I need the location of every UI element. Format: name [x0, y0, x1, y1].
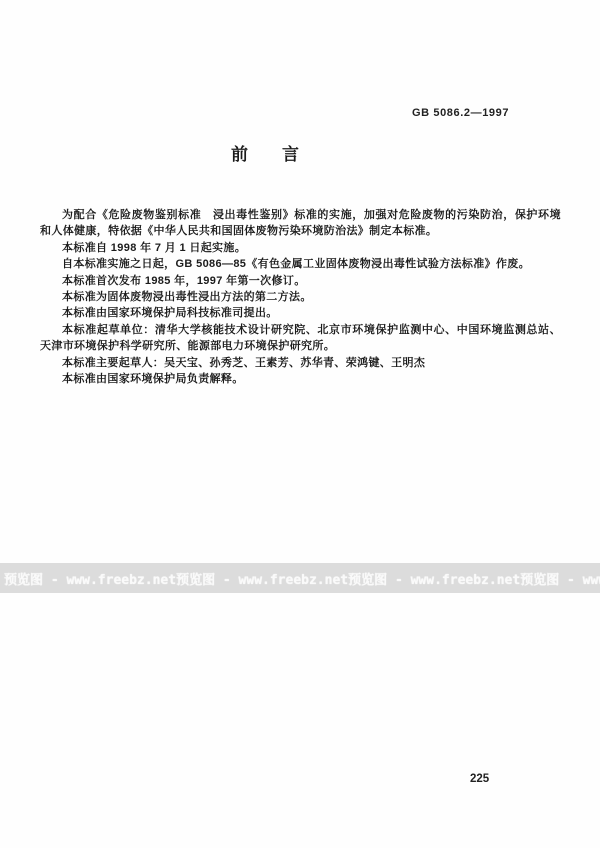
foreword-paragraph: 为配合《危险废物鉴别标准 浸出毒性鉴别》标准的实施，加强对危险废物的污染防治，保…: [40, 207, 561, 240]
foreword-paragraph: 本标准自 1998 年 7 月 1 日起实施。: [40, 240, 561, 256]
foreword-paragraph: 本标准由国家环境保护局负责解释。: [40, 371, 561, 387]
foreword-paragraph: 本标准主要起草人：吴天宝、孙秀芝、王素芳、苏华青、荣鸿键、王明杰: [40, 355, 561, 371]
foreword-paragraph: 本标准首次发布 1985 年，1997 年第一次修订。: [40, 273, 561, 289]
standard-number: GB 5086.2—1997: [412, 107, 509, 119]
watermark-text: 预览图 - www.freebz.net: [4, 569, 176, 588]
watermark-band: 预览图 - www.freebz.net 预览图 - www.freebz.ne…: [0, 563, 600, 593]
watermark-text: 预览图 - www.freebz.net: [520, 569, 600, 588]
watermark-text: 预览图 - www.freebz.net: [348, 569, 520, 588]
foreword-paragraph: 自本标准实施之日起，GB 5086—85《有色金属工业固体废物浸出毒性试验方法标…: [40, 256, 561, 272]
watermark-text: 预览图 - www.freebz.net: [176, 569, 348, 588]
scanned-document-page: GB 5086.2—1997 前 言 为配合《危险废物鉴别标准 浸出毒性鉴别》标…: [0, 0, 600, 848]
foreword-paragraph: 本标准由国家环境保护局科技标准司提出。: [40, 305, 561, 321]
foreword-paragraph: 本标准为固体废物浸出毒性浸出方法的第二方法。: [40, 289, 561, 305]
page-number: 225: [470, 773, 489, 785]
foreword-paragraph: 本标准起草单位：清华大学核能技术设计研究院、北京市环境保护监测中心、中国环境监测…: [40, 322, 561, 355]
foreword-body: 为配合《危险废物鉴别标准 浸出毒性鉴别》标准的实施，加强对危险废物的污染防治，保…: [40, 207, 561, 387]
page-title: 前 言: [231, 140, 299, 165]
